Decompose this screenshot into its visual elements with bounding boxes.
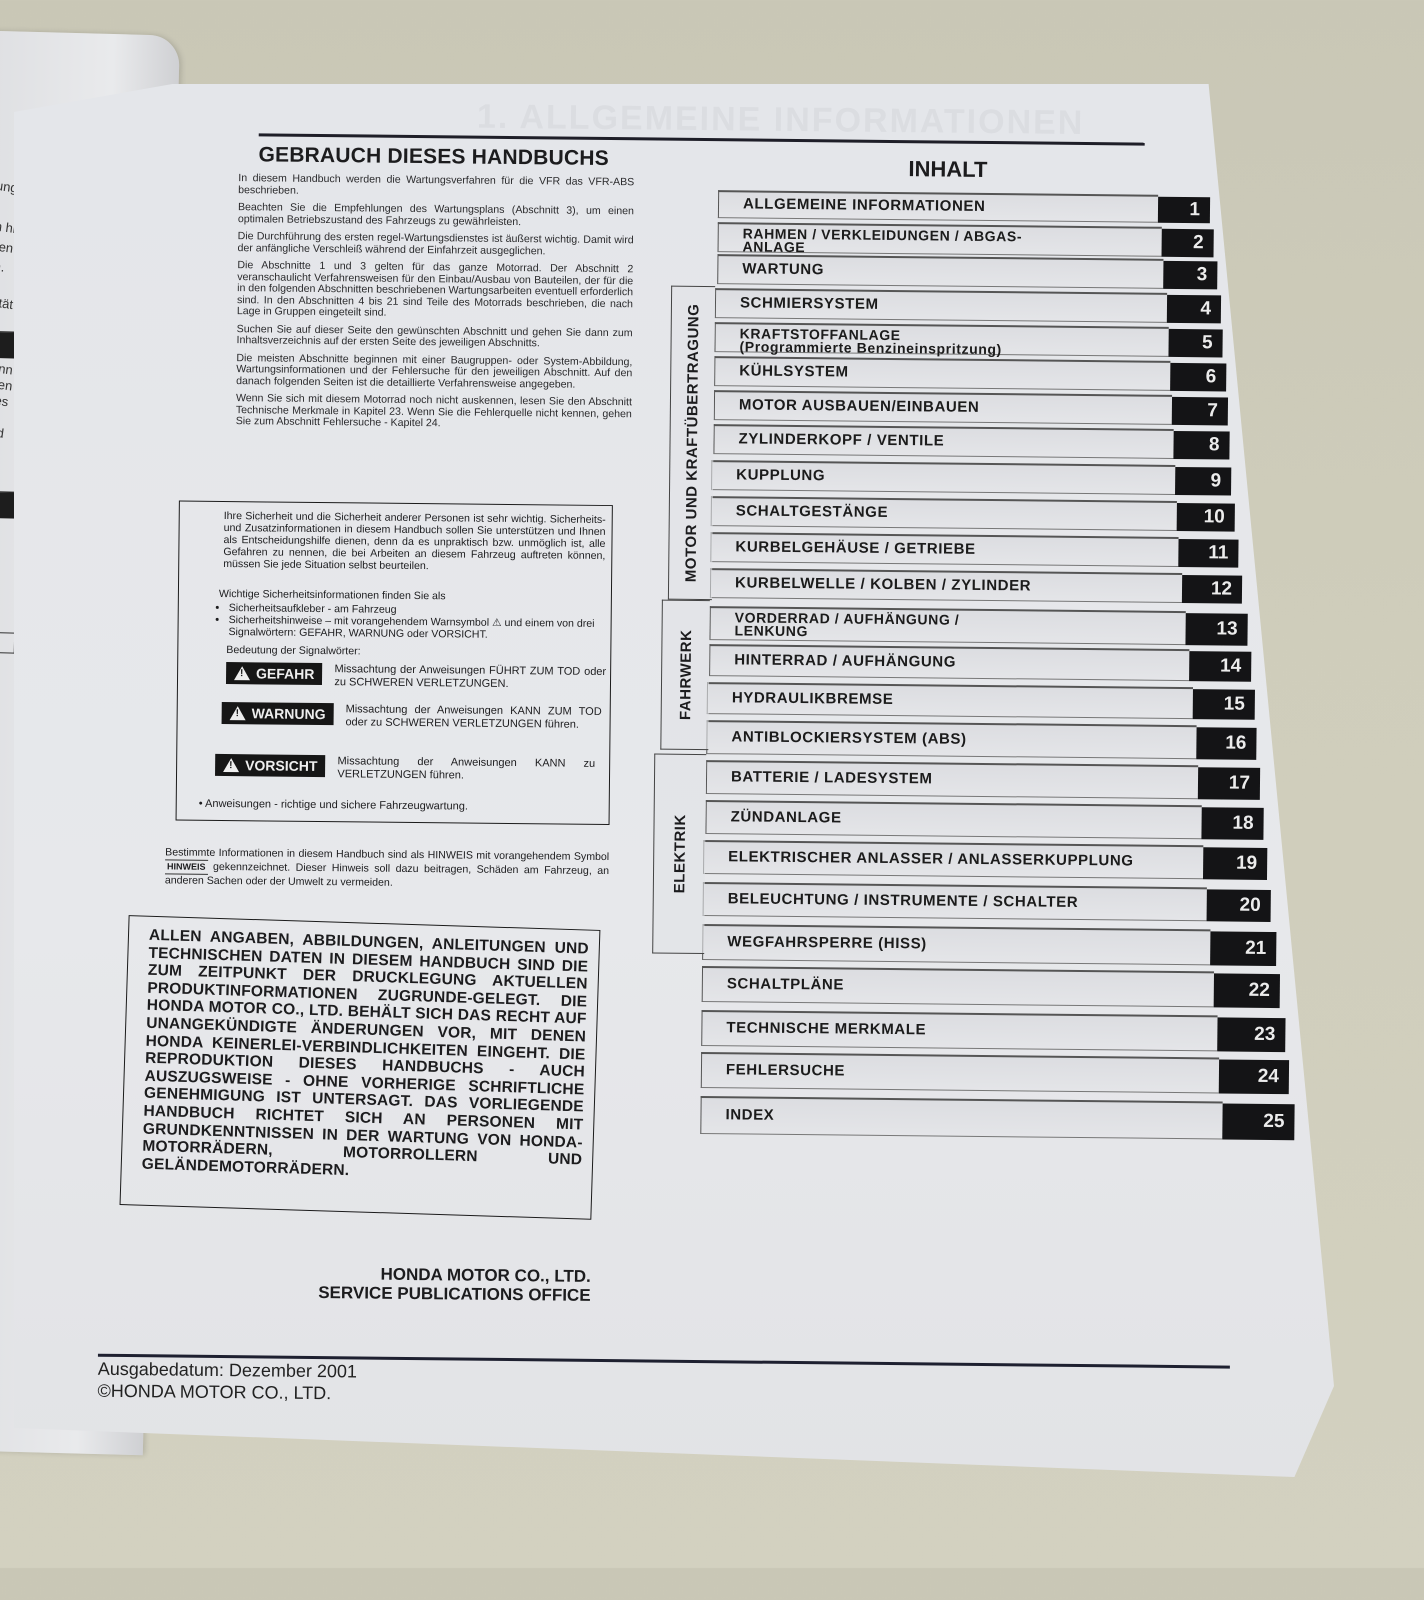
toc-entry[interactable]: KRAFTSTOFFANLAGE(Programmierte Benzinein… xyxy=(714,322,1168,357)
toc-entry-label: SCHALTGESTÄNGE xyxy=(736,504,888,520)
toc-section-tab[interactable]: 11 xyxy=(1178,539,1238,568)
usage-paragraph: Die Durchführung des ersten regel-Wartun… xyxy=(237,231,633,258)
toc-section-tab[interactable]: 5 xyxy=(1168,329,1222,358)
toc-entry[interactable]: BELEUCHTUNG / INSTRUMENTE / SCHALTER xyxy=(703,882,1207,921)
toc-section-tab[interactable]: 18 xyxy=(1201,807,1263,840)
disclaimer-text: ALLEN ANGABEN, ABBILDUNGEN, ANLEITUNGEN … xyxy=(142,927,590,1187)
toc-entry-label: WEGFAHRSPERRE (HISS) xyxy=(727,935,927,951)
toc-entry[interactable]: RAHMEN / VERKLEIDUNGEN / ABGAS-ANLAGE xyxy=(718,222,1162,257)
toc-entry[interactable]: ELEKTRISCHER ANLASSER / ANLASSERKUPPLUNG xyxy=(703,840,1203,879)
toc-entry[interactable]: SCHALTGESTÄNGE xyxy=(711,496,1177,531)
toc-entry[interactable]: ZÜNDANLAGE xyxy=(705,800,1201,839)
toc-section-tab[interactable]: 4 xyxy=(1167,295,1221,324)
toc-entry-label: FEHLERSUCHE xyxy=(726,1063,845,1078)
toc-entry-label: ALLGEMEINE INFORMATIONEN xyxy=(743,197,986,214)
toc-entry[interactable]: ALLGEMEINE INFORMATIONEN xyxy=(718,190,1158,223)
toc-entry-label: RAHMEN / VERKLEIDUNGEN / ABGAS-ANLAGE xyxy=(743,227,1023,256)
toc-entry[interactable]: KUPPLUNG xyxy=(711,460,1175,495)
toc-section-tab[interactable]: 23 xyxy=(1217,1017,1285,1052)
toc-entry-label: KUPPLUNG xyxy=(736,468,825,483)
usage-paragraph: Suchen Sie auf dieser Seite den gewünsch… xyxy=(237,324,633,351)
toc-group: ELEKTRIK xyxy=(652,754,706,955)
toc-entry[interactable]: SCHALTPLÄNE xyxy=(702,966,1214,1007)
toc-entry-label: ZÜNDANLAGE xyxy=(731,810,842,825)
toc-entry[interactable]: VORDERRAD / AUFHÄNGUNG /LENKUNG xyxy=(709,606,1185,645)
signal-gefahr: GEFAHR Missachtung der Anweisungen FÜHRT… xyxy=(226,662,606,692)
toc-section-tab[interactable]: 24 xyxy=(1219,1059,1289,1094)
publisher: HONDA MOTOR CO., LTD. SERVICE PUBLICATIO… xyxy=(265,1263,591,1304)
safety-last-bullet: • Anweisungen - richtige und sichere Fah… xyxy=(199,798,468,813)
usage-text: In diesem Handbuch werden die Wartungsve… xyxy=(236,173,635,438)
signal-warnung: WARNUNG Missachtung der Anweisungen KANN… xyxy=(222,702,602,732)
warning-triangle-icon xyxy=(223,758,239,772)
toc-entry-label: BELEUCHTUNG / INSTRUMENTE / SCHALTER xyxy=(728,892,1079,910)
safety-bullet: Sicherheitshinweise – mit vorangehendem … xyxy=(228,614,618,642)
toc-section-tab[interactable]: 10 xyxy=(1177,503,1235,532)
toc-section-tab[interactable]: 25 xyxy=(1222,1103,1294,1140)
toc-group-label: MOTOR UND KRAFTÜBERTRAGUNG xyxy=(682,304,702,583)
usage-paragraph: In diesem Handbuch werden die Wartungsve… xyxy=(238,173,634,200)
toc-section-tab[interactable]: 3 xyxy=(1163,261,1217,290)
signal-description: Missachtung der Anweisungen KANN ZUM TOD… xyxy=(345,703,601,732)
toc-entry-label: HINTERRAD / AUFHÄNGUNG xyxy=(734,653,956,669)
toc-group-label: ELEKTRIK xyxy=(671,814,689,893)
safety-bullets: Sicherheitsaufkleber - am Fahrzeug Siche… xyxy=(214,602,618,642)
toc-entry[interactable]: KÜHLSYSTEM xyxy=(714,356,1170,391)
toc-entry[interactable]: WEGFAHRSPERRE (HISS) xyxy=(702,924,1210,965)
page-content: 1. ALLGEMEINE INFORMATIONEN GEBRAUCH DIE… xyxy=(0,0,1396,1568)
usage-paragraph: Wenn Sie sich mit diesem Motorrad noch n… xyxy=(236,393,632,432)
toc-entry[interactable]: KURBELWELLE / KOLBEN / ZYLINDER xyxy=(710,568,1182,603)
toc-entry-label: ANTIBLOCKIERSYSTEM (ABS) xyxy=(731,730,966,746)
toc-group: MOTOR UND KRAFTÜBERTRAGUNG xyxy=(668,286,715,600)
usage-paragraph: Die Abschnitte 1 und 3 gelten für das ga… xyxy=(237,260,634,322)
toc-section-tab[interactable]: 6 xyxy=(1170,363,1226,392)
toc-entry-label: HYDRAULIKBREMSE xyxy=(732,691,894,707)
toc-section-tab[interactable]: 12 xyxy=(1182,575,1242,604)
signal-words-label: Bedeutung der Signalwörter: xyxy=(226,644,360,657)
toc-entry[interactable]: MOTOR AUSBAUEN/EINBAUEN xyxy=(714,390,1172,425)
signal-word: GEFAHR xyxy=(256,665,315,682)
toc-section-tab[interactable]: 17 xyxy=(1198,767,1260,800)
safety-box: Ihre Sicherheit und die Sicherheit ander… xyxy=(176,501,613,826)
toc-section-tab[interactable]: 7 xyxy=(1172,397,1228,426)
toc-section-tab[interactable]: 22 xyxy=(1214,973,1280,1008)
toc-entry-label: WARTUNG xyxy=(742,262,824,277)
signal-description: Missachtung der Anweisungen FÜHRT ZUM TO… xyxy=(334,663,606,692)
toc-entry-label: MOTOR AUSBAUEN/EINBAUEN xyxy=(739,398,980,415)
hinweis-note: Bestimmte Informationen in diesem Handbu… xyxy=(165,846,609,892)
toc-title: INHALT xyxy=(908,156,987,183)
toc-entry[interactable]: WARTUNG xyxy=(717,254,1163,289)
toc-entry-label: KURBELWELLE / KOLBEN / ZYLINDER xyxy=(735,576,1031,593)
toc-section-tab[interactable]: 16 xyxy=(1196,727,1256,760)
copyright: ©HONDA MOTOR CO., LTD. xyxy=(97,1380,356,1405)
toc-entry-label: INDEX xyxy=(725,1108,774,1123)
publisher-line-2: SERVICE PUBLICATIONS OFFICE xyxy=(265,1282,591,1304)
gefahr-badge: GEFAHR xyxy=(226,662,323,685)
toc-section-tab[interactable]: 19 xyxy=(1203,847,1267,880)
safety-intro: Ihre Sicherheit und die Sicherheit ander… xyxy=(223,510,606,574)
toc-entry-label: KURBELGEHÄUSE / GETRIEBE xyxy=(735,540,975,557)
signal-description: Missachtung der Anweisungen KANN zu VERL… xyxy=(337,755,595,784)
footer: Ausgabedatum: Dezember 2001 ©HONDA MOTOR… xyxy=(97,1358,357,1405)
toc-entry[interactable]: BATTERIE / LADESYSTEM xyxy=(706,760,1198,799)
usage-title: GEBRAUCH DIESES HANDBUCHS xyxy=(258,143,609,171)
signal-word: VORSICHT xyxy=(245,757,318,774)
toc-entry[interactable]: ANTIBLOCKIERSYSTEM (ABS) xyxy=(706,720,1196,759)
usage-paragraph: Die meisten Abschnitte beginnen mit eine… xyxy=(236,353,632,392)
toc-section-tab[interactable]: 20 xyxy=(1207,889,1271,922)
toc-entry-label: SCHALTPLÄNE xyxy=(727,977,844,992)
disclaimer-box: ALLEN ANGABEN, ABBILDUNGEN, ANLEITUNGEN … xyxy=(120,915,601,1220)
hinweis-text-after: gekennzeichnet. Dieser Hinweis soll dazu… xyxy=(165,861,609,889)
safety-subheading: Wichtige Sicherheitsinformationen finden… xyxy=(219,588,446,602)
safety-last-bullet-text: Anweisungen - richtige und sichere Fahrz… xyxy=(205,798,468,813)
signal-vorsicht: VORSICHT Missachtung der Anweisungen KAN… xyxy=(215,754,595,784)
toc-section-tab[interactable]: 13 xyxy=(1185,613,1247,646)
signal-word: WARNUNG xyxy=(252,705,326,722)
toc-entry[interactable]: INDEX xyxy=(700,1096,1222,1139)
toc-section-tab[interactable]: 1 xyxy=(1158,197,1210,224)
warnung-badge: WARNUNG xyxy=(222,702,334,725)
toc-section-tab[interactable]: 9 xyxy=(1175,467,1231,496)
hinweis-symbol: HINWEIS xyxy=(165,859,208,874)
usage-paragraph: Beachten Sie die Empfehlungen des Wartun… xyxy=(238,202,634,229)
toc-entry-label: SCHMIERSYSTEM xyxy=(740,296,879,311)
warning-triangle-icon xyxy=(230,706,246,720)
toc-entry[interactable]: TECHNISCHE MERKMALE xyxy=(701,1010,1217,1051)
toc-section-tab[interactable]: 8 xyxy=(1173,431,1229,460)
toc-section-tab[interactable]: 14 xyxy=(1189,651,1251,682)
toc-entry[interactable]: ZYLINDERKOPF / VENTILE xyxy=(713,424,1173,459)
toc-entry-label: KRAFTSTOFFANLAGE(Programmierte Benzinein… xyxy=(739,327,1002,356)
toc-entry-label: ELEKTRISCHER ANLASSER / ANLASSERKUPPLUNG xyxy=(728,850,1134,868)
toc-entry[interactable]: HINTERRAD / AUFHÄNGUNG xyxy=(709,644,1189,681)
toc-section-tab[interactable]: 21 xyxy=(1210,931,1276,966)
toc-entry-label: BATTERIE / LADESYSTEM xyxy=(731,770,933,786)
issue-date: Ausgabedatum: Dezember 2001 xyxy=(98,1358,357,1383)
toc-entry[interactable]: FEHLERSUCHE xyxy=(701,1052,1219,1093)
toc-group: FAHRWERK xyxy=(660,600,710,750)
toc-entry-label: KÜHLSYSTEM xyxy=(739,364,848,379)
toc-entry-label: ZYLINDERKOPF / VENTILE xyxy=(738,432,944,448)
toc-entry[interactable]: KURBELGEHÄUSE / GETRIEBE xyxy=(710,532,1178,567)
toc-entry-label: TECHNISCHE MERKMALE xyxy=(726,1021,926,1037)
warning-triangle-icon xyxy=(234,666,250,680)
toc-group-label: FAHRWERK xyxy=(677,630,695,721)
toc-section-tab[interactable]: 2 xyxy=(1162,229,1214,258)
toc-entry-label: VORDERRAD / AUFHÄNGUNG /LENKUNG xyxy=(734,611,959,639)
toc-section-tab[interactable]: 15 xyxy=(1193,689,1255,720)
toc-entry[interactable]: SCHMIERSYSTEM xyxy=(715,288,1167,323)
toc-entry[interactable]: HYDRAULIKBREMSE xyxy=(707,682,1193,719)
vorsicht-badge: VORSICHT xyxy=(215,754,326,777)
